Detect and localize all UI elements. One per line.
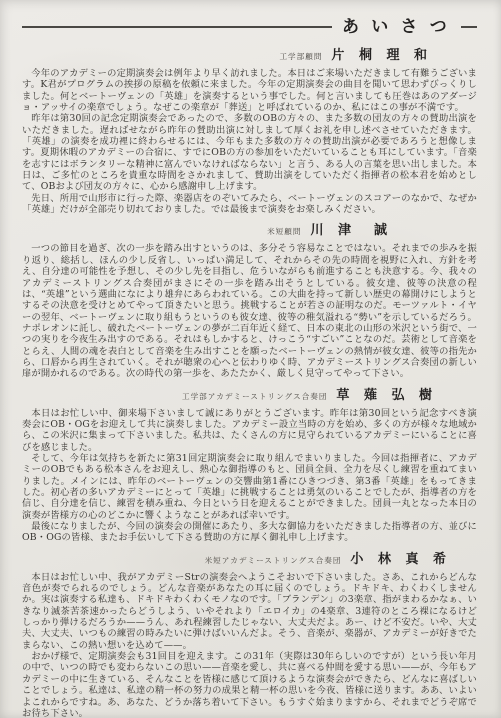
greeting-paragraph: 最後になりましたが、今回の演奏会の開催にあたり、多大な御協力をいただきました指導… [22, 521, 477, 544]
title-rule-left [22, 26, 332, 28]
signature: 米短顧問川 津 誠 [22, 221, 477, 240]
page-title: あいさつ [342, 19, 459, 36]
signature-role: 工学部顧問 [279, 52, 322, 61]
section-engineering-advisor: 工学部顧問片 桐 理 和 今年のアカデミーの定期演奏会は例年より早く訪れました。… [22, 46, 477, 215]
signature-name: 草 薙 弘 樹 [336, 388, 437, 403]
signature-role: 工学部アカデミーストリングス合奏団 [182, 392, 327, 401]
title-rule-right [461, 26, 477, 28]
greeting-paragraph: おかげ様で、定期演奏会も31回目を迎えます。この31年（実際は30年らしいのです… [22, 651, 477, 718]
signature-name: 小 林 真 希 [350, 552, 451, 567]
signature: 工学部アカデミーストリングス合奏団草 薙 弘 樹 [22, 386, 477, 405]
signature-role: 米短アカデミーストリングス合奏団 [205, 556, 342, 565]
section-junior-college-ensemble: 米短アカデミーストリングス合奏団小 林 真 希 本日はお忙しい中、我がアカデミー… [22, 550, 477, 718]
section-junior-college-advisor: 米短顧問川 津 誠 一つの節目を過ぎ、次の一歩を踏み出すというのは、多分そう容易… [22, 221, 477, 379]
signature: 工学部顧問片 桐 理 和 [22, 46, 477, 65]
greeting-paragraph: 昨年は第30回の記念定期演奏会であったので、多数のOBの方々の、また多数の団友の… [22, 113, 477, 192]
greeting-paragraph: 今年のアカデミーの定期演奏会は例年より早く訪れました。本日はご来場いただきまして… [22, 68, 477, 113]
signature-role: 米短顧問 [267, 227, 301, 236]
greeting-paragraph: 一つの節目を過ぎ、次の一歩を踏み出すというのは、多分そう容易なことではない。それ… [22, 243, 477, 379]
signature: 米短アカデミーストリングス合奏団小 林 真 希 [22, 550, 477, 569]
page-header: あいさつ [22, 14, 477, 40]
greeting-paragraph: そして、今年は気持ちを新たに第31回定期演奏会に取り組んでまいりました。今回は指… [22, 453, 477, 521]
signature-name: 片 桐 理 和 [331, 48, 432, 63]
greeting-paragraph: 本日はお忙しい中、御来場下さいまして誠にありがとうございます。昨年は第30回とい… [22, 408, 477, 453]
greeting-page: あいさつ 工学部顧問片 桐 理 和 今年のアカデミーの定期演奏会は例年より早く訪… [0, 0, 501, 718]
greeting-paragraph: 本日はお忙しい中、我がアカデミーStrの演奏会へようこそおいで下さいました。さあ… [22, 572, 477, 651]
signature-name: 川 津 誠 [310, 223, 392, 238]
greeting-paragraph: 先日、所用で山形市に行った際、楽器店をのぞいてみたら、ベートーヴェンのスコアーの… [22, 193, 477, 216]
section-engineering-ensemble: 工学部アカデミーストリングス合奏団草 薙 弘 樹 本日はお忙しい中、御来場下さい… [22, 386, 477, 544]
